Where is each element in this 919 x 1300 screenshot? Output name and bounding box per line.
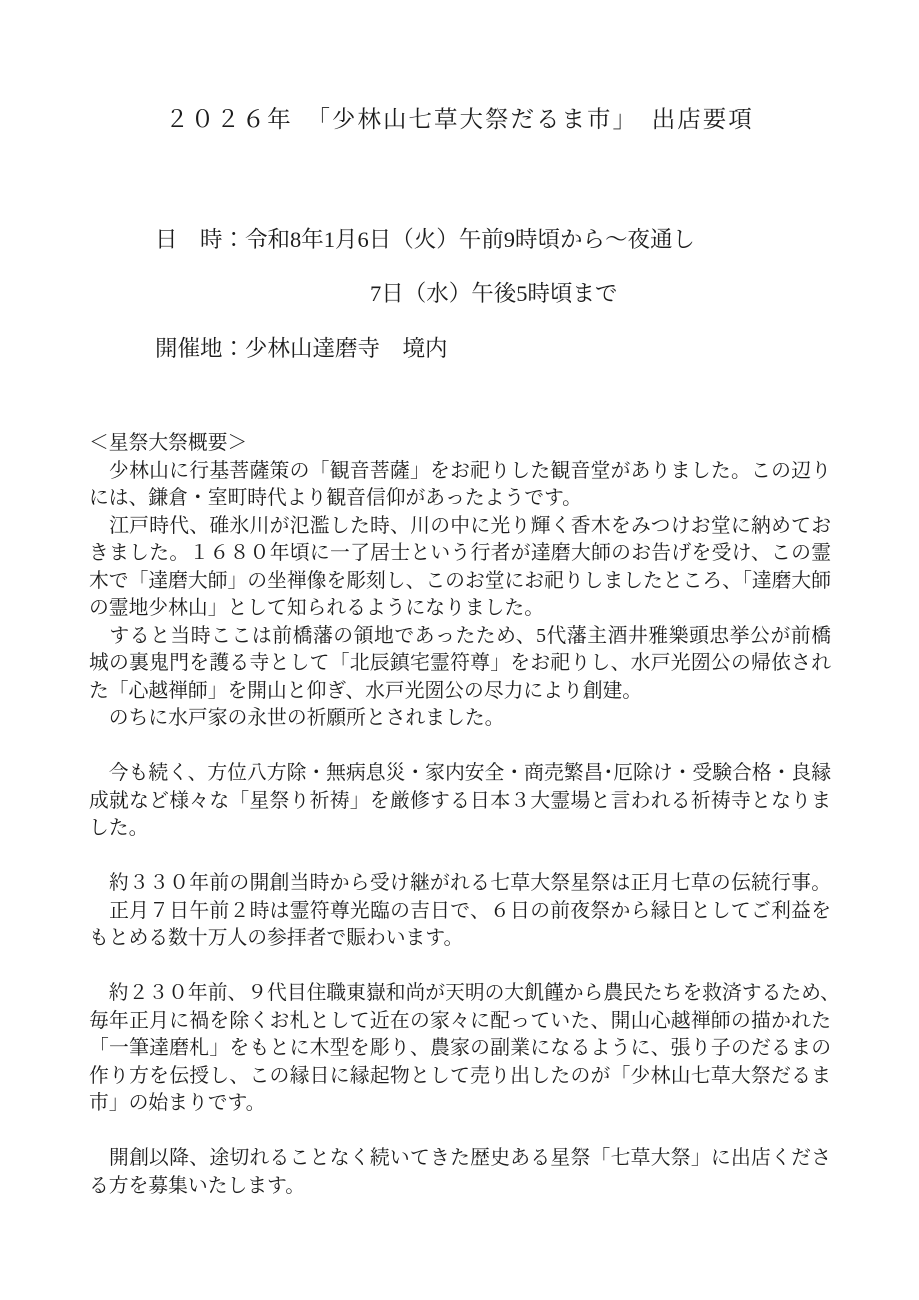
paragraph: のちに水戸家の永世の祈願所とされました。 [89, 705, 831, 733]
paragraph-line: 今も続く、方位八方除・無病息災・家内安全・商売繁昌･厄除け・受験合格・良縁 [89, 760, 831, 788]
overview-section-heading: ＜星祭大祭概要＞ [89, 430, 831, 458]
paragraph-line: 約２３０年前、９代目住職東嶽和尚が天明の大飢饉から農民たちを救済するため、 [89, 980, 831, 1008]
paragraph: すると当時ここは前橋藩の領地であったため、5代藩主酒井雅樂頭忠挙公が前橋 城の裏… [89, 623, 831, 706]
overview-section: ＜星祭大祭概要＞ 少林山に行基菩薩策の「観音菩薩」をお祀りした観音堂がありました… [89, 430, 831, 1200]
schedule-datetime-line: 日 時：令和8年1月6日（火）午前9時頃から～夜通し [155, 222, 695, 254]
paragraph-line: した。 [89, 815, 831, 843]
paragraph-line: には、鎌倉・室町時代より観音信仰があったようです。 [89, 485, 831, 513]
paragraph-line: きました。１６８０年頃に一了居士という行者が達磨大師のお告げを受け、この霊 [89, 540, 831, 568]
paragraph-line: 城の裏鬼門を護る寺として「北辰鎮宅霊符尊」をお祀りし、水戸光圀公の帰依され [89, 650, 831, 678]
paragraph-line: すると当時ここは前橋藩の領地であったため、5代藩主酒井雅樂頭忠挙公が前橋 [89, 623, 831, 651]
paragraph-line: 市」の始まりです。 [89, 1090, 831, 1118]
document-title: ２０２６年 「少林山七草大祭だるま市」 出店要項 [0, 100, 919, 134]
paragraph: 正月７日午前２時は霊符尊光臨の吉日で、６日の前夜祭から縁日としてご利益を もとめ… [89, 898, 831, 953]
paragraph-line: もとめる数十万人の参拝者で賑わいます。 [89, 925, 831, 953]
paragraph-line: 作り方を伝授し、この縁日に縁起物として売り出したのが「少林山七草大祭だるま [89, 1063, 831, 1091]
paragraph-line: 正月７日午前２時は霊符尊光臨の吉日で、６日の前夜祭から縁日としてご利益を [89, 898, 831, 926]
paragraph-line: 少林山に行基菩薩策の「観音菩薩」をお祀りした観音堂がありました。この辺り [89, 458, 831, 486]
paragraph-line: の霊地少林山」として知られるようになりました。 [89, 595, 831, 623]
paragraph-line: 開創以降、途切れることなく続いてきた歴史ある星祭「七草大祭」に出店くださ [89, 1145, 831, 1173]
paragraph: 少林山に行基菩薩策の「観音菩薩」をお祀りした観音堂がありました。この辺り には、… [89, 458, 831, 513]
document-page: ２０２６年 「少林山七草大祭だるま市」 出店要項 日 時：令和8年1月6日（火）… [0, 0, 919, 1300]
paragraph: 開創以降、途切れることなく続いてきた歴史ある星祭「七草大祭」に出店くださ る方を… [89, 1145, 831, 1200]
paragraph-line: 約３３０年前の開創当時から受け継がれる七草大祭星祭は正月七草の伝統行事。 [89, 870, 831, 898]
paragraph: 約３３０年前の開創当時から受け継がれる七草大祭星祭は正月七草の伝統行事。 [89, 870, 831, 898]
schedule-venue-line: 開催地：少林山達磨寺 境内 [155, 331, 448, 363]
paragraph-line: 毎年正月に禍を除くお札として近在の家々に配っていた、開山心越禅師の描かれた [89, 1008, 831, 1036]
paragraph-line: のちに水戸家の永世の祈願所とされました。 [89, 705, 831, 733]
paragraph-line: た「心越禅師」を開山と仰ぎ、水戸光圀公の尽力により創建。 [89, 678, 831, 706]
paragraph-line: 「一筆達磨札」をもとに木型を彫り、農家の副業になるように、張り子のだるまの [89, 1035, 831, 1063]
paragraph-line: る方を募集いたします。 [89, 1173, 831, 1201]
schedule-datetime-continuation: 7日（水）午後5時頃まで [370, 276, 618, 308]
paragraph: 今も続く、方位八方除・無病息災・家内安全・商売繁昌･厄除け・受験合格・良縁 成就… [89, 760, 831, 843]
paragraph: 江戸時代、碓氷川が氾濫した時、川の中に光り輝く香木をみつけお堂に納めてお きまし… [89, 513, 831, 623]
paragraph: 約２３０年前、９代目住職東嶽和尚が天明の大飢饉から農民たちを救済するため、 毎年… [89, 980, 831, 1118]
paragraph-line: 木で「達磨大師」の坐禅像を彫刻し、このお堂にお祀りしましたところ、「達磨大師 [89, 568, 831, 596]
paragraph-line: 江戸時代、碓氷川が氾濫した時、川の中に光り輝く香木をみつけお堂に納めてお [89, 513, 831, 541]
paragraph-line: 成就など様々な「星祭り祈祷」を厳修する日本３大霊場と言われる祈祷寺となりま [89, 788, 831, 816]
